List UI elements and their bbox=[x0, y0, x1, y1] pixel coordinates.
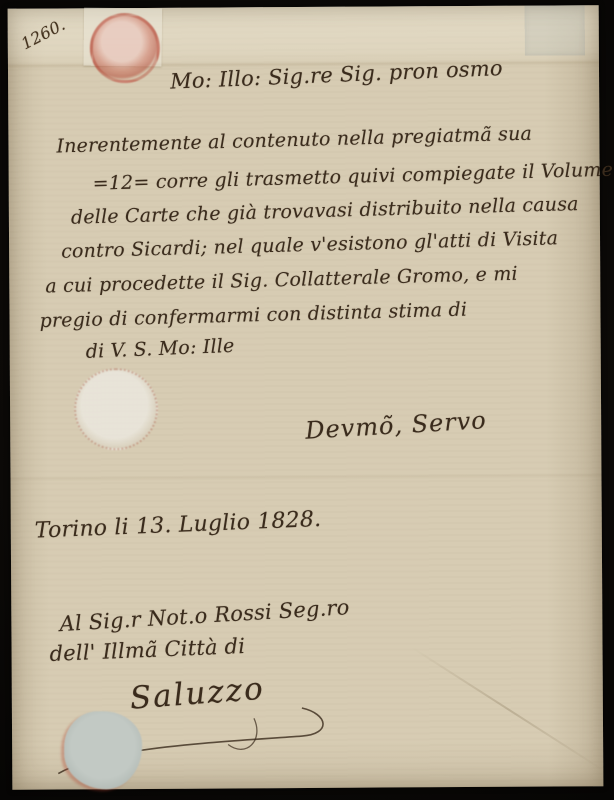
red-wax-seal-icon bbox=[90, 13, 160, 83]
faint-watermark-square bbox=[525, 5, 585, 55]
archival-number: 1260. bbox=[18, 15, 68, 53]
letter-paper: 1260. Mo: Illo: Sig.re Sig. pron osmo In… bbox=[8, 5, 604, 790]
body-line: contro Sicardi; nel quale v'esistono gl'… bbox=[61, 227, 559, 262]
body-line: Inerentemente al contenuto nella pregiat… bbox=[56, 123, 532, 158]
closing-abbreviation: di V. S. Mo: Ille bbox=[85, 335, 235, 363]
paper-crease bbox=[411, 647, 606, 773]
body-line: a cui procedette il Sig. Collatterale Gr… bbox=[45, 263, 518, 298]
scanned-letter: 1260. Mo: Illo: Sig.re Sig. pron osmo In… bbox=[0, 0, 614, 800]
dateline: Torino li 13. Luglio 1828. bbox=[34, 507, 321, 544]
salutation-line: Mo: Illo: Sig.re Sig. pron osmo bbox=[170, 56, 503, 94]
address-line-recipient: Al Sig.r Not.o Rossi Seg.ro bbox=[59, 595, 350, 636]
body-line: delle Carte che già trovavasi distribuit… bbox=[71, 193, 579, 229]
valediction: Devmõ, Servo bbox=[305, 406, 488, 445]
body-line: =12= corre gli trasmetto quivi compiegat… bbox=[92, 159, 613, 195]
address-line-city-intro: dell' Illmã Città di bbox=[49, 634, 245, 666]
body-line: pregio di confermarmi con distinta stima… bbox=[39, 299, 467, 333]
faded-seal-icon bbox=[74, 368, 158, 451]
